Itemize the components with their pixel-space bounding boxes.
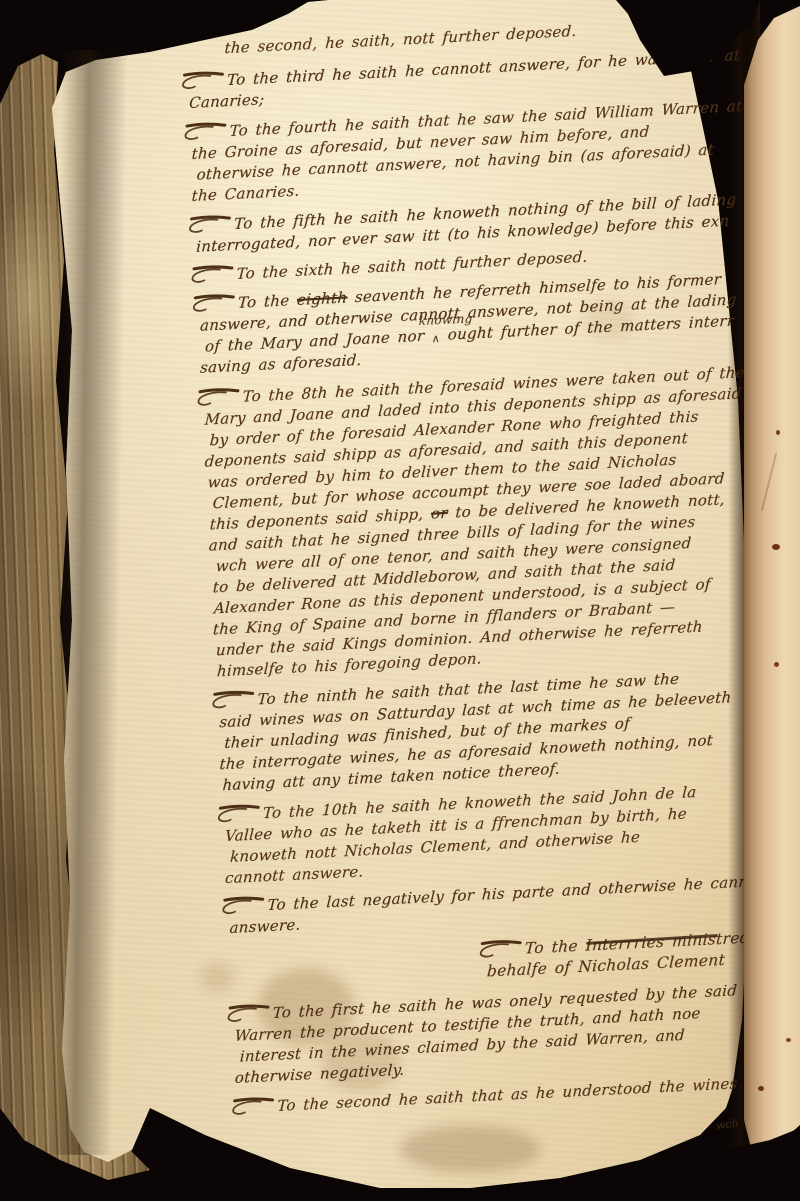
photograph-background: the second, he saith, nott further depos… [0, 0, 800, 1201]
text-block: the second, he saith, nott further depos… [186, 12, 800, 1118]
manuscript-paragraph: To the fourth he saith that he saw the s… [190, 95, 759, 207]
manuscript-paragraph: To the first he saith he was onely reque… [233, 977, 800, 1089]
pen-flourish-icon [182, 121, 227, 141]
pen-flourish-icon [195, 387, 240, 407]
pen-flourish-icon [187, 214, 232, 234]
struck-word: or [431, 504, 449, 523]
pen-flourish-icon [216, 803, 261, 823]
foxing-speck [786, 1038, 791, 1042]
struck-word: eighth [296, 288, 347, 309]
paper-stain [200, 962, 234, 992]
pen-flourish-icon [180, 70, 225, 90]
foxing-speck [758, 1086, 764, 1091]
foxing-speck [774, 662, 779, 667]
manuscript-paragraph: To the eighth seaventh he referreth hims… [198, 267, 767, 379]
pen-flourish-icon [477, 939, 522, 959]
foxing-speck [776, 430, 780, 435]
pen-flourish-icon [210, 689, 255, 709]
manuscript-paragraph: To the ninth he saith that the last time… [218, 664, 788, 797]
pen-flourish-icon [220, 895, 265, 915]
manuscript-paragraph: To the 8th he saith the foresaid wines w… [203, 361, 783, 682]
foxing-speck [772, 544, 780, 550]
paper-stain [400, 1125, 540, 1173]
pen-flourish-icon [230, 1096, 275, 1116]
pen-flourish-icon [191, 293, 236, 313]
pen-flourish-icon [189, 264, 234, 284]
facing-page-edge [744, 0, 800, 1201]
manuscript-paragraph: To the 10th he saith he knoweth the said… [223, 777, 792, 889]
pen-flourish-icon [225, 1003, 270, 1023]
